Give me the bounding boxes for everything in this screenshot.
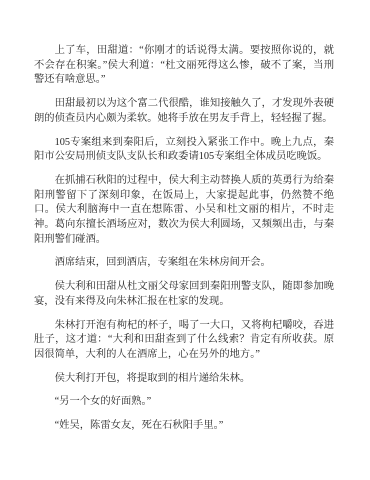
paragraph: “姓吴，陈雷女友，死在石秋阳手里。” bbox=[34, 419, 334, 434]
paragraph: 105专案组来到秦阳后，立刻投入紧张工作中。晚上九点，秦阳市公安局刑侦支队支队长… bbox=[34, 136, 334, 165]
ebook-page: 上了车，田甜道：“你刚才的话说得太满。要按照你说的，就不会存在积案。”侯大利道：… bbox=[0, 0, 370, 480]
paragraph: “另一个女的好面熟。” bbox=[34, 395, 334, 410]
paragraph: 侯大利打开包，将提取到的相片递给朱林。 bbox=[34, 372, 334, 387]
paragraph: 侯大利和田甜从杜文丽父母家回到秦阳刑警支队，随即参加晚宴，没有来得及向朱林汇报在… bbox=[34, 280, 334, 309]
paragraph: 上了车，田甜道：“你刚才的话说得太满。要按照你说的，就不会存在积案。”侯大利道：… bbox=[34, 44, 334, 88]
paragraph: 酒席结束，回到酒店，专案组在朱林房间开会。 bbox=[34, 256, 334, 271]
paragraph: 田甜最初以为这个富二代很酷，谁知接触久了，才发现外表硬朗的侦查员内心颇为柔软。她… bbox=[34, 97, 334, 126]
paragraph: 在抓捕石秋阳的过程中，侯大利主动替换人质的英勇行为给秦阳刑警留下了深刻印象，在饭… bbox=[34, 174, 334, 248]
page-text-column: 上了车，田甜道：“你刚才的话说得太满。要按照你说的，就不会存在积案。”侯大利道：… bbox=[34, 44, 334, 434]
paragraph: 朱林打开泡有枸杞的杯子，喝了一大口，又将枸杞嚼咬，吞进肚子，这才道：“大利和田甜… bbox=[34, 319, 334, 363]
